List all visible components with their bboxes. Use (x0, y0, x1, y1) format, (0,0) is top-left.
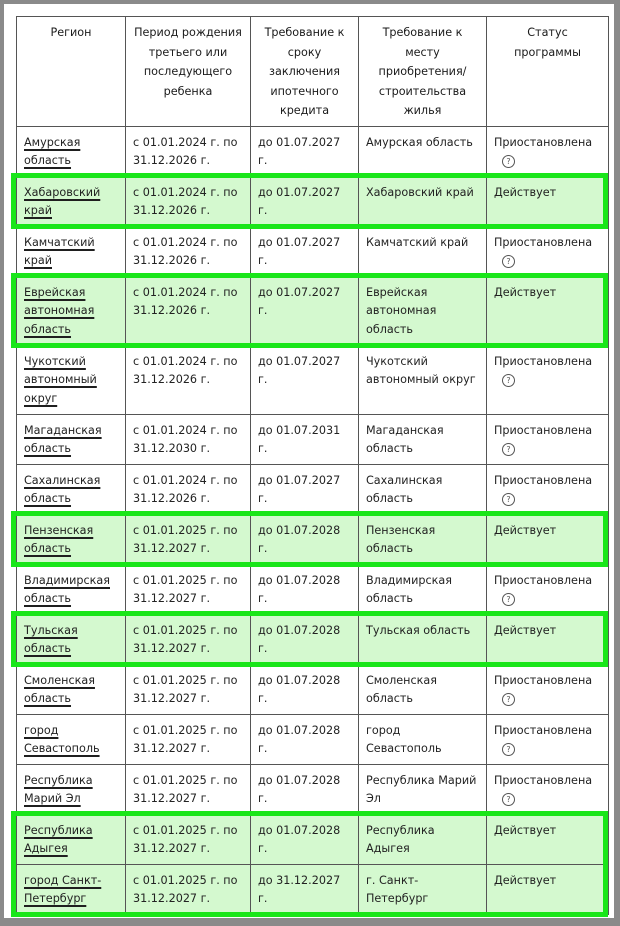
question-circle-icon[interactable]: ? (502, 693, 515, 706)
status-text: Действует (494, 624, 556, 637)
cell-housing-location: Магаданская область (359, 414, 487, 464)
region-link[interactable]: город Санкт-Петербург (24, 874, 101, 906)
cell-birth-period: с 01.01.2025 г. по 31.12.2027 г. (126, 814, 251, 864)
status-text: Приостановлена (494, 474, 592, 487)
cell-birth-period: с 01.01.2025 г. по 31.12.2027 г. (126, 764, 251, 814)
table-row: Республика Марий Элс 01.01.2025 г. по 31… (17, 764, 609, 814)
region-link[interactable]: Смоленская область (24, 674, 95, 706)
cell-housing-location: Хабаровский край (359, 176, 487, 226)
cell-birth-period: с 01.01.2024 г. по 31.12.2026 г. (126, 176, 251, 226)
cell-birth-period: с 01.01.2024 г. по 31.12.2026 г. (126, 126, 251, 176)
cell-program-status: Приостановлена? (487, 764, 609, 814)
region-link[interactable]: Амурская область (24, 136, 80, 168)
status-text: Приостановлена (494, 355, 592, 368)
status-text: Действует (494, 874, 556, 887)
cell-program-status: Действует (487, 814, 609, 864)
cell-program-status: Действует (487, 176, 609, 226)
table-row: Пензенская областьс 01.01.2025 г. по 31.… (17, 514, 609, 564)
region-link[interactable]: Республика Марий Эл (24, 774, 93, 806)
cell-birth-period: с 01.01.2025 г. по 31.12.2027 г. (126, 714, 251, 764)
header-program-status: Статус программы (487, 17, 609, 127)
region-link[interactable]: Пензенская область (24, 524, 93, 556)
status-text: Действует (494, 186, 556, 199)
question-circle-icon[interactable]: ? (502, 493, 515, 506)
cell-region: город Санкт-Петербург (17, 864, 126, 914)
cell-region: Хабаровский край (17, 176, 126, 226)
cell-birth-period: с 01.01.2025 г. по 31.12.2027 г. (126, 514, 251, 564)
cell-loan-deadline: до 01.07.2028 г. (251, 614, 359, 664)
region-link[interactable]: Чукотский автономный округ (24, 355, 97, 405)
question-circle-icon[interactable]: ? (502, 793, 515, 806)
cell-program-status: Приостановлена? (487, 345, 609, 414)
region-link[interactable]: город Севастополь (24, 724, 100, 756)
cell-housing-location: Республика Марий Эл (359, 764, 487, 814)
table-row: Тульская областьс 01.01.2025 г. по 31.12… (17, 614, 609, 664)
cell-birth-period: с 01.01.2024 г. по 31.12.2026 г. (126, 345, 251, 414)
question-circle-icon[interactable]: ? (502, 255, 515, 268)
cell-region: Смоленская область (17, 664, 126, 714)
cell-housing-location: Камчатский край (359, 226, 487, 276)
status-text: Приостановлена (494, 724, 592, 737)
cell-housing-location: Еврейская автономная область (359, 276, 487, 345)
table-row: Магаданская областьс 01.01.2024 г. по 31… (17, 414, 609, 464)
region-link[interactable]: Тульская область (24, 624, 78, 656)
cell-region: Еврейская автономная область (17, 276, 126, 345)
cell-loan-deadline: до 01.07.2027 г. (251, 126, 359, 176)
question-circle-icon[interactable]: ? (502, 593, 515, 606)
region-link[interactable]: Камчатский край (24, 236, 95, 268)
cell-region: город Севастополь (17, 714, 126, 764)
cell-loan-deadline: до 01.07.2027 г. (251, 226, 359, 276)
document-page: Регион Период рождения третьего или посл… (4, 4, 614, 918)
status-text: Приостановлена (494, 774, 592, 787)
cell-birth-period: с 01.01.2024 г. по 31.12.2026 г. (126, 464, 251, 514)
cell-region: Тульская область (17, 614, 126, 664)
table-row: город Санкт-Петербургс 01.01.2025 г. по … (17, 864, 609, 914)
cell-loan-deadline: до 01.07.2031 г. (251, 414, 359, 464)
status-text: Приостановлена (494, 236, 592, 249)
region-link[interactable]: Сахалинская область (24, 474, 100, 506)
cell-loan-deadline: до 01.07.2028 г. (251, 714, 359, 764)
table-row: Чукотский автономный округс 01.01.2024 г… (17, 345, 609, 414)
question-circle-icon[interactable]: ? (502, 374, 515, 387)
header-birth-period: Период рождения третьего или последующег… (126, 17, 251, 127)
region-link[interactable]: Еврейская автономная область (24, 286, 94, 336)
table-row: Смоленская областьс 01.01.2025 г. по 31.… (17, 664, 609, 714)
cell-housing-location: Чукотский автономный округ (359, 345, 487, 414)
region-link[interactable]: Хабаровский край (24, 186, 100, 218)
table-row: Владимирская областьс 01.01.2025 г. по 3… (17, 564, 609, 614)
cell-region: Республика Марий Эл (17, 764, 126, 814)
cell-region: Владимирская область (17, 564, 126, 614)
cell-birth-period: с 01.01.2024 г. по 31.12.2026 г. (126, 276, 251, 345)
table-row: Сахалинская областьс 01.01.2024 г. по 31… (17, 464, 609, 514)
cell-region: Магаданская область (17, 414, 126, 464)
cell-loan-deadline: до 01.07.2028 г. (251, 764, 359, 814)
cell-loan-deadline: до 01.07.2028 г. (251, 564, 359, 614)
cell-birth-period: с 01.01.2025 г. по 31.12.2027 г. (126, 864, 251, 914)
cell-loan-deadline: до 01.07.2028 г. (251, 814, 359, 864)
table-row: Камчатский крайс 01.01.2024 г. по 31.12.… (17, 226, 609, 276)
cell-program-status: Приостановлена? (487, 464, 609, 514)
question-circle-icon[interactable]: ? (502, 743, 515, 756)
region-link[interactable]: Владимирская область (24, 574, 110, 606)
table-row: Амурская областьс 01.01.2024 г. по 31.12… (17, 126, 609, 176)
cell-program-status: Действует (487, 864, 609, 914)
table-header-row: Регион Период рождения третьего или посл… (17, 17, 609, 127)
cell-housing-location: Владимирская область (359, 564, 487, 614)
cell-loan-deadline: до 01.07.2027 г. (251, 345, 359, 414)
cell-birth-period: с 01.01.2025 г. по 31.12.2027 г. (126, 664, 251, 714)
cell-program-status: Действует (487, 276, 609, 345)
cell-housing-location: Смоленская область (359, 664, 487, 714)
cell-housing-location: Тульская область (359, 614, 487, 664)
cell-region: Амурская область (17, 126, 126, 176)
table-row: Еврейская автономная областьс 01.01.2024… (17, 276, 609, 345)
region-link[interactable]: Республика Адыгея (24, 824, 93, 856)
cell-housing-location: Пензенская область (359, 514, 487, 564)
cell-region: Сахалинская область (17, 464, 126, 514)
cell-program-status: Приостановлена? (487, 664, 609, 714)
table-row: город Севастопольс 01.01.2025 г. по 31.1… (17, 714, 609, 764)
cell-birth-period: с 01.01.2024 г. по 31.12.2026 г. (126, 226, 251, 276)
cell-housing-location: Амурская область (359, 126, 487, 176)
status-text: Действует (494, 524, 556, 537)
cell-housing-location: Сахалинская область (359, 464, 487, 514)
question-circle-icon[interactable]: ? (502, 443, 515, 456)
cell-birth-period: с 01.01.2025 г. по 31.12.2027 г. (126, 564, 251, 614)
cell-program-status: Приостановлена? (487, 714, 609, 764)
cell-program-status: Действует (487, 514, 609, 564)
regional-program-table: Регион Период рождения третьего или посл… (16, 16, 609, 915)
cell-birth-period: с 01.01.2025 г. по 31.12.2027 г. (126, 614, 251, 664)
cell-program-status: Действует (487, 614, 609, 664)
header-region: Регион (17, 17, 126, 127)
cell-housing-location: город Севастополь (359, 714, 487, 764)
header-housing-location: Требование к месту приобретения/ строите… (359, 17, 487, 127)
cell-birth-period: с 01.01.2024 г. по 31.12.2030 г. (126, 414, 251, 464)
status-text: Приостановлена (494, 574, 592, 587)
region-link[interactable]: Магаданская область (24, 424, 102, 456)
cell-loan-deadline: до 31.12.2027 г. (251, 864, 359, 914)
header-loan-deadline: Требование к сроку заключения ипотечного… (251, 17, 359, 127)
cell-loan-deadline: до 01.07.2028 г. (251, 514, 359, 564)
question-circle-icon[interactable]: ? (502, 155, 515, 168)
status-text: Приостановлена (494, 424, 592, 437)
cell-program-status: Приостановлена? (487, 126, 609, 176)
cell-loan-deadline: до 01.07.2027 г. (251, 176, 359, 226)
status-text: Приостановлена (494, 674, 592, 687)
cell-loan-deadline: до 01.07.2028 г. (251, 664, 359, 714)
status-text: Действует (494, 824, 556, 837)
cell-program-status: Приостановлена? (487, 226, 609, 276)
cell-loan-deadline: до 01.07.2027 г. (251, 276, 359, 345)
cell-housing-location: Республика Адыгея (359, 814, 487, 864)
cell-region: Камчатский край (17, 226, 126, 276)
cell-region: Чукотский автономный округ (17, 345, 126, 414)
cell-housing-location: г. Санкт-Петербург (359, 864, 487, 914)
cell-program-status: Приостановлена? (487, 414, 609, 464)
table-row: Хабаровский крайс 01.01.2024 г. по 31.12… (17, 176, 609, 226)
status-text: Действует (494, 286, 556, 299)
status-text: Приостановлена (494, 136, 592, 149)
cell-loan-deadline: до 01.07.2027 г. (251, 464, 359, 514)
cell-region: Пензенская область (17, 514, 126, 564)
cell-program-status: Приостановлена? (487, 564, 609, 614)
cell-region: Республика Адыгея (17, 814, 126, 864)
table-row: Республика Адыгеяс 01.01.2025 г. по 31.1… (17, 814, 609, 864)
